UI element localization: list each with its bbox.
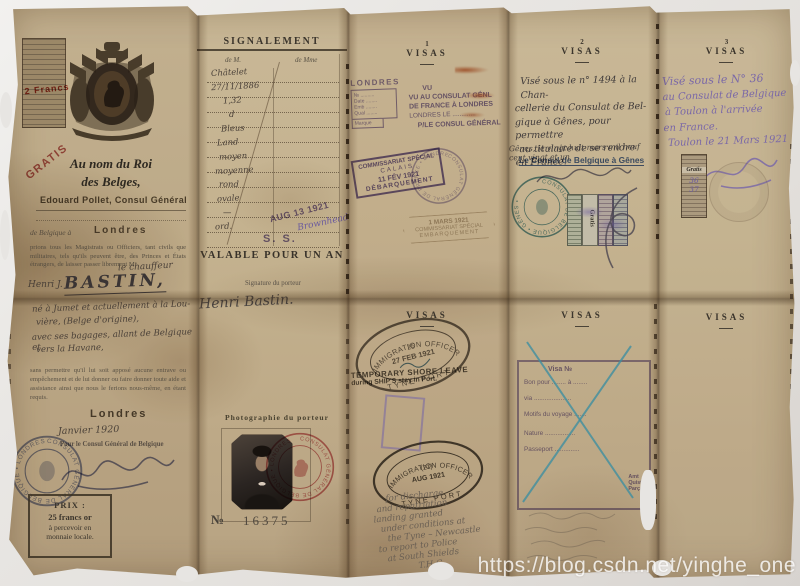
- title-line-1: Au nom du Roi: [46, 156, 176, 172]
- france-consulate-stamp: VU VU AU CONSULAT GÉNL DE FRANCE À LONDR…: [408, 82, 501, 129]
- svg-text:(21): (21): [420, 463, 433, 472]
- watermark-url: https://blog.csdn.net/yinghe_one: [380, 554, 796, 578]
- toulon-visa-handwriting: Visé sous le N° 36 au Consulat de Belgiq…: [662, 70, 789, 152]
- rule: [575, 62, 589, 63]
- price-note-2: monnaie locale.: [30, 532, 110, 541]
- stamp-number: 37: [682, 185, 706, 194]
- signalement-value: 1,32: [223, 95, 242, 106]
- signalement-header: SIGNALEMENT: [197, 36, 347, 51]
- torn-notch: [790, 60, 800, 86]
- stitching: [346, 324, 349, 524]
- signature-label: Signature du porteur: [245, 280, 301, 287]
- signalement-value: Châtelet: [211, 66, 248, 78]
- gratis-label-stamp: Gratis 36 37: [681, 154, 707, 218]
- embossed-seal: [709, 162, 769, 222]
- torn-notch: [176, 566, 198, 582]
- stamp-line: VU: [422, 82, 499, 92]
- genoa-consular-seal: CONSULAT DE BELGIQUE • GÊNES •: [509, 174, 575, 240]
- price-label: PRIX :: [30, 500, 110, 510]
- stitching: [346, 64, 349, 304]
- torn-notch: [640, 470, 656, 530]
- city-stamp-2: Londres: [90, 408, 147, 420]
- passport-number-label: №: [211, 512, 224, 528]
- rule: [719, 62, 733, 63]
- signalement-value: Land: [217, 136, 239, 147]
- title-line-2: des Belges,: [46, 174, 176, 190]
- rule: [36, 210, 186, 211]
- rule: [36, 220, 186, 221]
- valable-line: VALABLE POUR UN AN: [197, 250, 347, 261]
- scanned-passport-document: 2 Francs GRATIS: [0, 0, 800, 586]
- consul-name-stamp: Edouard Pollet, Consul Général: [36, 195, 191, 205]
- visas-header: VISAS: [507, 46, 657, 56]
- column-header-mme: de Mme: [295, 56, 317, 64]
- signalement-value: ovale: [217, 192, 240, 203]
- belgian-coat-of-arms: [56, 36, 168, 144]
- handwritten-firstname: Henri J.: [28, 280, 63, 290]
- section-number: 1: [347, 40, 507, 48]
- signalement-value: d: [229, 109, 234, 119]
- red-consular-seal: CONSULAT GÉNÉRAL DE BELGIQUE • LONDRES: [263, 430, 337, 504]
- city-stamp: Londres: [94, 225, 147, 236]
- torn-notch: [0, 210, 10, 260]
- rust-stain: [459, 112, 485, 118]
- assistance-paragraph: sans permettre qu'il lui soit apposé auc…: [30, 366, 186, 402]
- stitching: [8, 304, 11, 504]
- country-line: de Belgique à: [30, 228, 71, 237]
- handwritten-line: vers la Havane,: [36, 343, 104, 355]
- signalement-value: —: [223, 207, 231, 217]
- rust-stain: [455, 66, 489, 74]
- stitching: [656, 24, 659, 244]
- rust-stain: [465, 92, 495, 99]
- embarquement-stamp: 1 MARS 1921 COMMISSARIAT SPÉCIAL EMBARQU…: [402, 211, 496, 244]
- rule: [575, 326, 589, 327]
- france-round-seal: CONSULAT GÉNÉRAL DE FRANCE • LONDRES •: [399, 136, 478, 215]
- handwritten-line: Toulon le 21 Mars 1921: [668, 132, 789, 152]
- stamp-line: LONDRES LE .............: [409, 109, 500, 119]
- section-number: 3: [657, 38, 796, 46]
- rule: [719, 328, 733, 329]
- handwritten-line: cellerie du Consulat de Bel-: [515, 100, 657, 116]
- price-note-1: à percevoir en: [30, 523, 110, 532]
- signalement-value: rond: [219, 179, 239, 189]
- passport-paper: 2 Francs GRATIS: [6, 4, 796, 580]
- visas-header-2: VISAS: [507, 310, 657, 320]
- large-signature-flourish: [591, 182, 651, 274]
- signalement-value: Bleus: [221, 122, 245, 133]
- svg-text:CONSULAT GÉNÉRAL DE FRANCE • L: CONSULAT GÉNÉRAL DE FRANCE • LONDRES •: [400, 136, 476, 209]
- stitching: [790, 144, 793, 404]
- port-box-row: Qual ........: [354, 109, 394, 116]
- stamp-line: P/LE CONSUL GÉNÉRAL: [418, 119, 501, 129]
- gratis-text: Gratis: [682, 167, 706, 173]
- passport-number: 16375: [243, 513, 291, 529]
- column-header-m: de M.: [225, 56, 241, 64]
- visas-header-2: VISAS: [657, 312, 796, 322]
- photo-label: Photographie du porteur: [225, 413, 329, 422]
- section-number: 2: [507, 38, 657, 46]
- cancellation-cross: [513, 334, 643, 506]
- handwritten-line: vière, (Belge d'origine),: [36, 314, 139, 328]
- price-box: PRIX : 25 francs or à percevoir en monna…: [28, 494, 112, 558]
- ss-stamp: S. S.: [263, 233, 297, 245]
- visas-header: VISAS: [657, 46, 796, 56]
- stamp-number: 36: [682, 176, 706, 185]
- price-amount: 25 francs or: [30, 512, 110, 522]
- visas-header: VISAS: [347, 48, 507, 58]
- torn-notch: [0, 92, 12, 128]
- rule: [420, 64, 434, 65]
- horizontal-crease: [6, 290, 796, 306]
- signalement-value: moyen: [219, 150, 248, 161]
- handwritten-line: Visé sous le n° 1494 à la Chan-: [520, 73, 656, 102]
- handwritten-line: gique à Gênes, pour permettre: [515, 113, 657, 142]
